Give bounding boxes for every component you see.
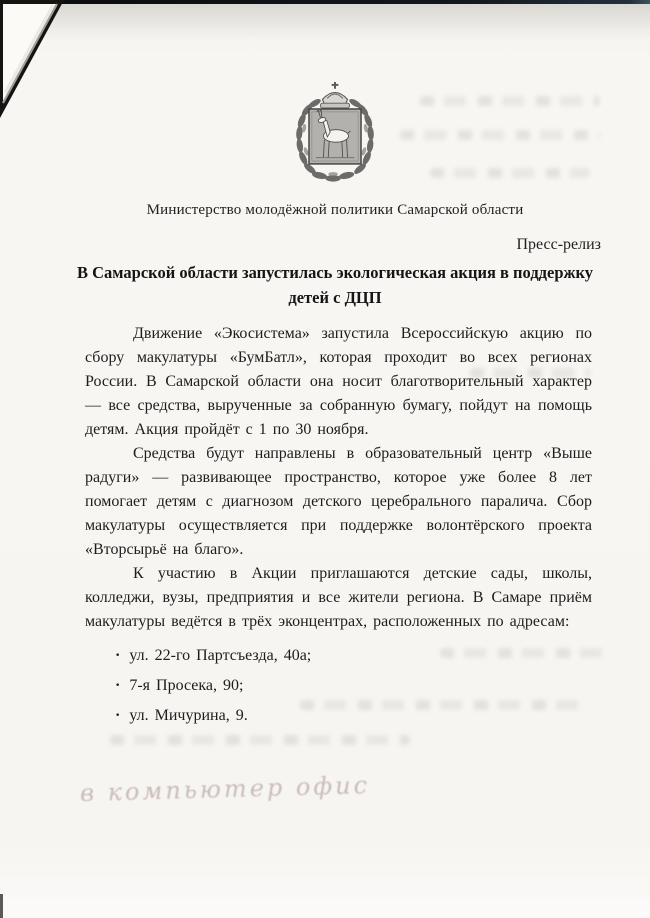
folded-corner	[0, 0, 72, 118]
scanned-document-page: Министерство молодёжной политики Самарск…	[0, 0, 650, 918]
scan-bottom-edge	[0, 898, 650, 918]
paragraph-1: Движение «Экосистема» запустила Всеросси…	[85, 322, 592, 442]
press-release-label: Пресс-релиз	[516, 236, 601, 254]
bleed-through-artifact	[110, 735, 410, 745]
crown-icon	[321, 82, 350, 108]
address-item: ул. 22-го Партсъезда, 40а;	[115, 641, 592, 671]
scan-top-edge	[0, 0, 650, 4]
document-title: В Самарской области запустилась экологич…	[55, 260, 615, 310]
document-body: Движение «Экосистема» запустила Всеросси…	[85, 322, 592, 731]
scan-top-shadow	[0, 4, 650, 46]
bleed-through-artifact	[430, 168, 590, 178]
address-item: 7-я Просека, 90;	[115, 671, 592, 701]
scan-corner-mark	[0, 894, 3, 918]
bleed-through-artifact	[420, 96, 600, 106]
handwritten-note: в компьютер офис	[80, 771, 381, 807]
bleed-through-artifact	[400, 130, 600, 140]
samara-coat-of-arms-icon	[277, 82, 393, 188]
paragraph-3: К участию в Акции приглашаются детские с…	[85, 562, 592, 634]
address-item: ул. Мичурина, 9.	[115, 701, 592, 731]
address-list: ул. 22-го Партсъезда, 40а; 7-я Просека, …	[85, 641, 592, 731]
ministry-name: Министерство молодёжной политики Самарск…	[20, 202, 650, 219]
paragraph-2: Средства будут направлены в образователь…	[85, 442, 592, 562]
